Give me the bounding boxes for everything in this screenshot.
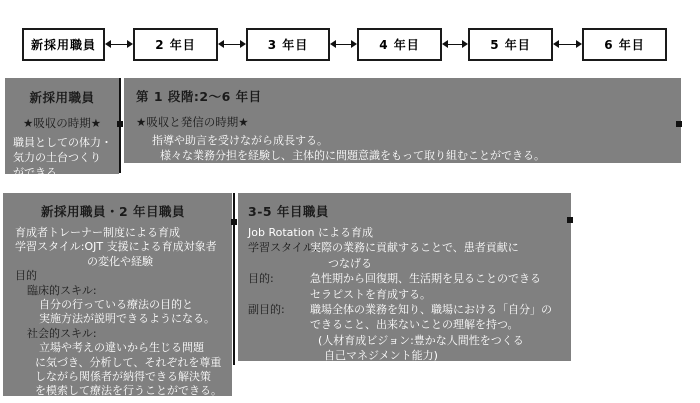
staff-training-stage-diagram: 新採用職員 2 年目 3 年目 4 年目 5 年目 6 年目 新採用職員 ★吸収… [0, 0, 700, 403]
line-text: セラピストを育成する。 [310, 287, 431, 302]
double-arrow-connector-icon [218, 40, 246, 49]
line-label [248, 333, 310, 348]
text-line: 副目的:職場全体の業務を知り、職場における「自分」の [248, 302, 571, 317]
text-line: (人材育成ビジョン:豊かな人間性をつくる [248, 333, 571, 348]
text-line: 社会的スキル: [15, 327, 232, 341]
panel-stage1-years2-6: 第 1 段階:2〜6 年目 ★吸収と発信の時期★ 指導や助言を受けながら成長する… [124, 78, 681, 163]
line-text: 職場全体の業務を知り、職場における「自分」の [310, 302, 552, 317]
text-line: セラピストを育成する。 [248, 287, 571, 302]
timeline-box-new-staff: 新採用職員 [22, 28, 105, 61]
panel-new-staff-period: 新採用職員 ★吸収の時期★ 職員としての体力・気力の土台つくりができる。 [5, 78, 119, 174]
panel-detail-years3-5: 3-5 年目職員 Job Rotation による育成学習スタイル:実際の業務に… [238, 193, 571, 361]
text-line: 目的 [15, 269, 232, 283]
timeline-box-label: 6 年目 [604, 36, 645, 53]
text-line: Job Rotation による育成 [248, 225, 571, 240]
line-text: 自己マネジメント能力) [310, 348, 438, 363]
text-line: 指導や助言を受けながら成長する。 [136, 133, 681, 148]
double-arrow-connector-icon [553, 40, 582, 49]
panel-body: Job Rotation による育成学習スタイル:実際の業務に貢献することで、患… [248, 220, 571, 364]
text-line: 学習スタイル:実際の業務に貢献することで、患者貢献に [248, 240, 571, 255]
timeline-box-label: 5 年目 [490, 36, 531, 53]
double-arrow-connector-icon [442, 40, 468, 49]
connector-dot [567, 217, 573, 223]
double-arrow-connector-icon [105, 40, 133, 49]
panel-body: 育成者トレーナー制度による育成学習スタイル:OJT 支援による育成対象者の変化や… [3, 220, 232, 399]
text-line: 立場や考えの違いから生じる問題 [15, 341, 232, 355]
line-text: 急性期から回復期、生活期を見ることのできる [310, 271, 541, 286]
timeline-box-year4: 4 年目 [357, 28, 442, 61]
line-label [248, 287, 310, 302]
text-line: を模索して療法を行うことができる。 [15, 384, 232, 398]
text-line: 学習スタイル:OJT 支援による育成対象者 [15, 240, 232, 254]
arrow-shaft [222, 44, 242, 45]
line-text: つなげる [310, 256, 372, 271]
timeline-box-label: 新採用職員 [31, 36, 96, 53]
timeline-box-year5: 5 年目 [468, 28, 553, 61]
panel-title: 新採用職員 [5, 78, 119, 106]
panel-detail-newstaff-year2: 新採用職員・2 年目職員 育成者トレーナー制度による育成学習スタイル:OJT 支… [3, 193, 232, 396]
text-line: 様々な業務分担を経験し、主体的に問題意識をもって取り組むことができる。 [136, 148, 681, 163]
text-line: 職員としての体力・ [13, 135, 119, 150]
line-text: 実際の業務に貢献することで、患者貢献に [310, 240, 519, 255]
text-line: 育成者トレーナー制度による育成 [15, 226, 232, 240]
arrow-shaft [334, 44, 353, 45]
timeline-box-year3: 3 年目 [246, 28, 330, 61]
panel-subtitle: ★吸収の時期★ [5, 106, 119, 131]
connector-dot [231, 219, 237, 225]
text-line: できること、出来ないことの理解を持つ。 [248, 317, 571, 332]
panel-title: 3-5 年目職員 [248, 193, 571, 220]
line-label: 目的: [248, 271, 310, 286]
arrow-shaft [109, 44, 129, 45]
panel-body: 職員としての体力・気力の土台つくりができる。 [5, 131, 119, 180]
line-text: できること、出来ないことの理解を持つ。 [310, 317, 519, 332]
timeline-box-year2: 2 年目 [133, 28, 218, 61]
line-label [248, 256, 310, 271]
text-line: の変化や経験 [15, 255, 232, 269]
line-label: 副目的: [248, 302, 310, 317]
text-line: しながら関係者が納得できる解決策 [15, 370, 232, 384]
connector-dot [117, 121, 123, 127]
line-label [248, 348, 310, 363]
timeline-box-label: 4 年目 [379, 36, 420, 53]
text-line: 目的:急性期から回復期、生活期を見ることのできる [248, 271, 571, 286]
panel-subtitle: ★吸収と発信の時期★ [136, 105, 681, 130]
text-line: に気づき、分析して、それぞれを尊重 [15, 356, 232, 370]
timeline-box-label: 3 年目 [268, 36, 309, 53]
text-line: 自己マネジメント能力) [248, 348, 571, 363]
text-line: ができる。 [13, 165, 119, 180]
line-text: (人材育成ビジョン:豊かな人間性をつくる [310, 333, 524, 348]
panel-body: 指導や助言を受けながら成長する。様々な業務分担を経験し、主体的に問題意識をもって… [136, 130, 681, 163]
panel-title: 新採用職員・2 年目職員 [3, 193, 232, 220]
connector-dot [676, 121, 682, 127]
text-line: 実施方法が説明できるようになる。 [15, 312, 232, 326]
timeline-box-label: 2 年目 [155, 36, 196, 53]
text-line: 気力の土台つくり [13, 150, 119, 165]
panel-title: 第 1 段階:2〜6 年目 [136, 78, 681, 105]
text-line: 自分の行っている療法の目的と [15, 298, 232, 312]
arrow-shaft [557, 44, 578, 45]
line-label: 学習スタイル: [248, 240, 310, 255]
double-arrow-connector-icon [330, 40, 357, 49]
text-line: 臨床的スキル: [15, 284, 232, 298]
text-line: つなげる [248, 256, 571, 271]
line-label [248, 317, 310, 332]
timeline-box-year6: 6 年目 [582, 28, 667, 61]
arrow-shaft [446, 44, 464, 45]
